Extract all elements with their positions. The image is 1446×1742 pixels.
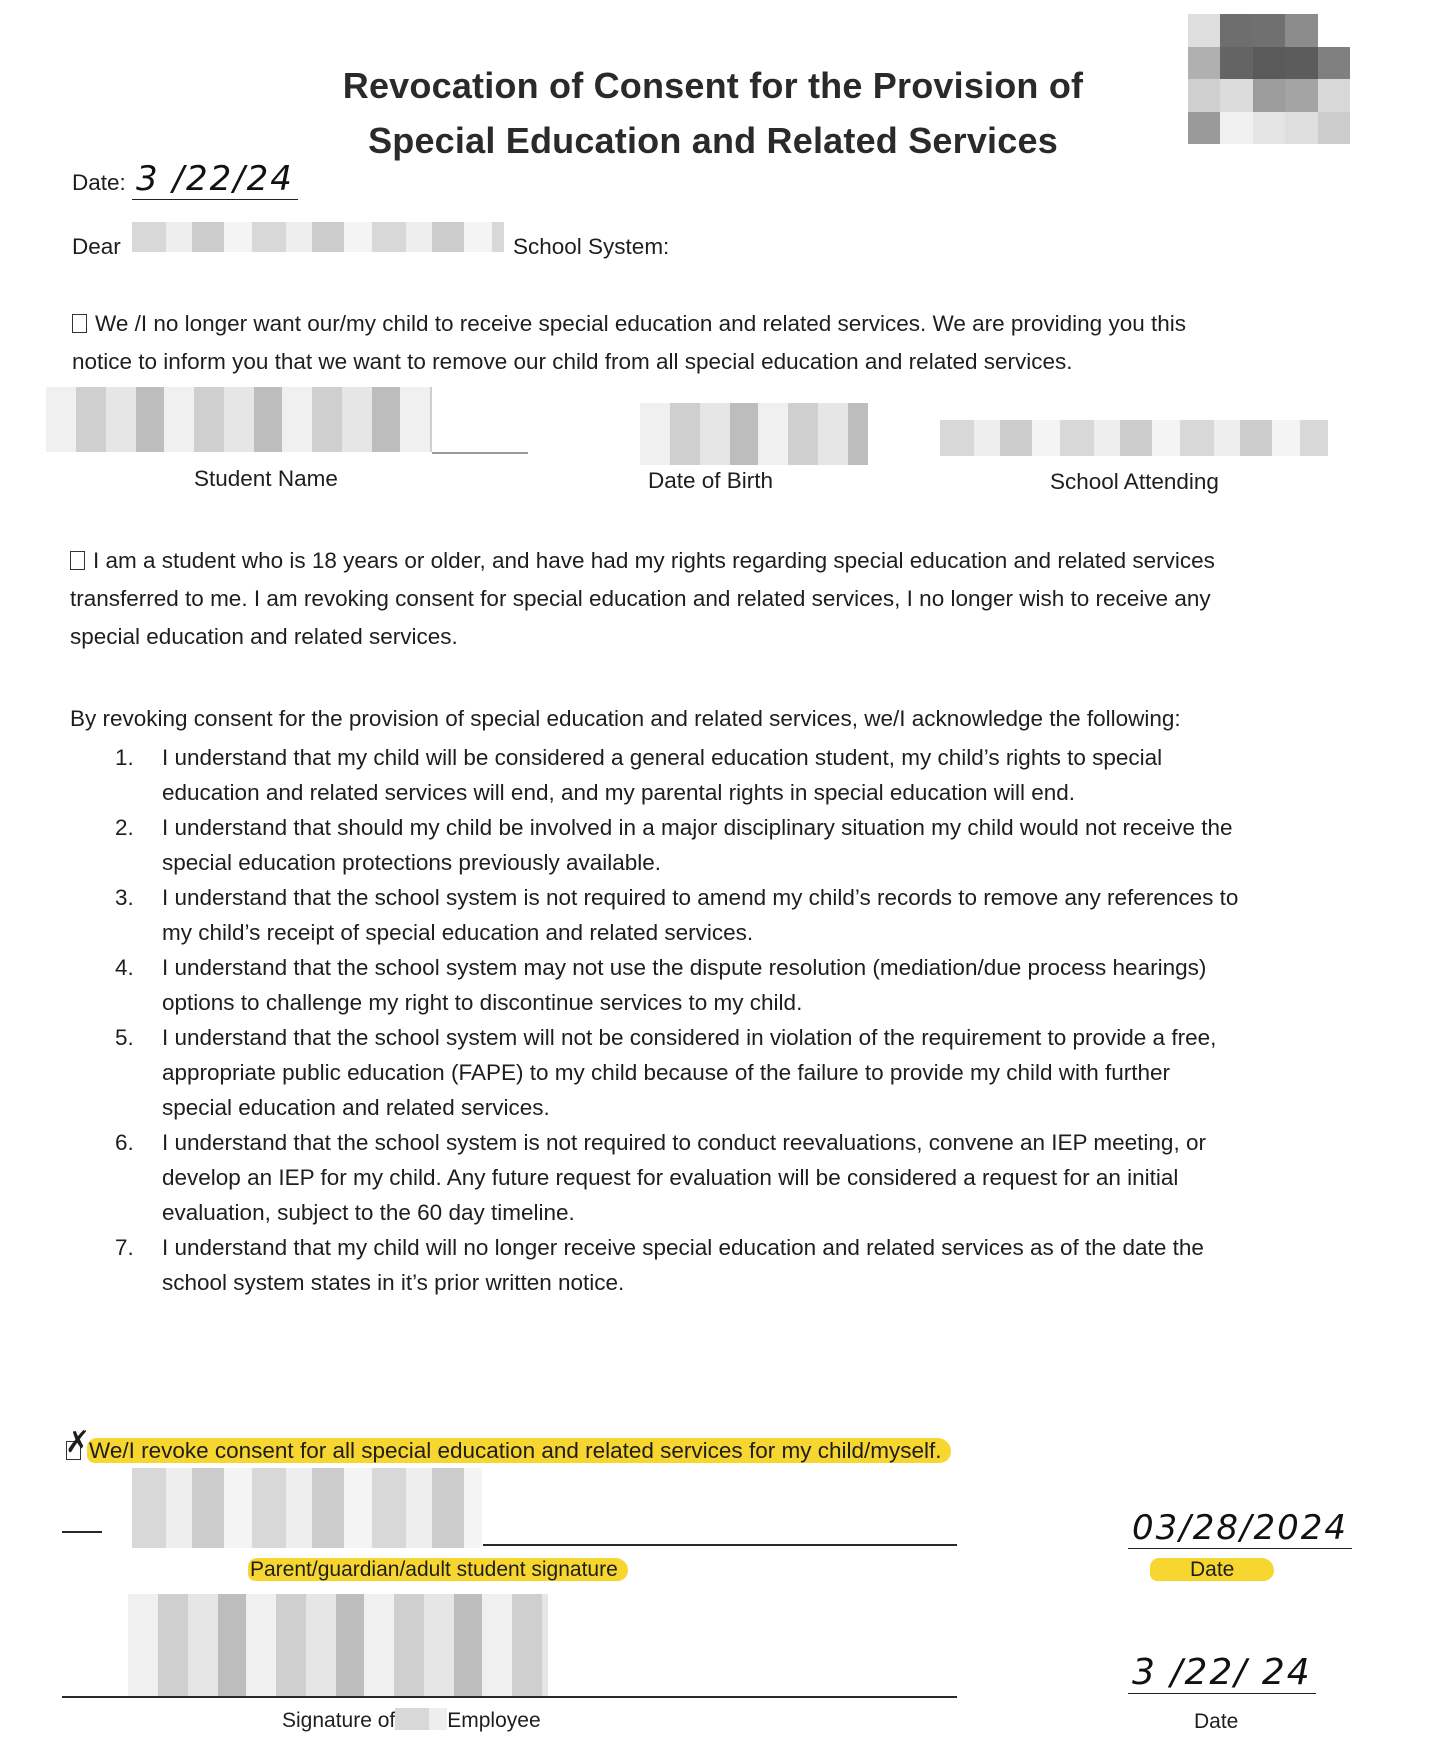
acknowledgement-item: 6.I understand that the school system is… [75, 1125, 1415, 1230]
dear-suffix: School System: [513, 228, 669, 266]
item-line: school system states in it’s prior writt… [162, 1265, 1415, 1300]
employee-date-value[interactable]: 3 /22/ 24 [1128, 1652, 1316, 1694]
employee-signature-line [62, 1696, 957, 1698]
option1-line1: We /I no longer want our/my child to rec… [95, 311, 1186, 336]
revoke-statement: ✗We/I revoke consent for all special edu… [66, 1432, 951, 1470]
school-attending-label: School Attending [1050, 469, 1219, 495]
acknowledgement-item: 4.I understand that the school system ma… [75, 950, 1415, 1020]
item-line: appropriate public education (FAPE) to m… [162, 1055, 1415, 1090]
option2-line3: special education and related services. [70, 618, 458, 656]
check-mark-icon: ✗ [65, 1428, 90, 1458]
student-name-label: Student Name [194, 466, 338, 492]
revoke-text: We/I revoke consent for all special educ… [87, 1438, 951, 1463]
option1-line2: notice to inform you that we want to rem… [72, 343, 1073, 381]
acknowledgement-list: 1.I understand that my child will be con… [75, 740, 1415, 1300]
acknowledgement-item: 3.I understand that the school system is… [75, 880, 1415, 950]
redacted-student-name [46, 387, 432, 452]
redacted-employee-signature [128, 1594, 548, 1696]
item-line: special education and related services. [162, 1090, 1415, 1125]
option-student-revoke: I am a student who is 18 years or older,… [70, 542, 1215, 580]
option-parent-revoke: We /I no longer want our/my child to rec… [72, 305, 1186, 343]
signature-line-left [62, 1531, 102, 1533]
date-row: Date: 3 /22/24 [72, 160, 298, 202]
dob-label: Date of Birth [648, 468, 773, 494]
acknowledge-intro: By revoking consent for the provision of… [70, 700, 1181, 738]
date-value[interactable]: 3 /22/24 [132, 159, 298, 200]
item-number: 1. [115, 740, 134, 775]
item-number: 7. [115, 1230, 134, 1265]
item-line: options to challenge my right to discont… [162, 985, 1415, 1020]
item-line: education and related services will end,… [162, 775, 1415, 810]
option2-line1: I am a student who is 18 years or older,… [93, 548, 1215, 573]
item-line: develop an IEP for my child. Any future … [162, 1160, 1415, 1195]
redacted-school-attending [940, 420, 1328, 456]
item-line: I understand that the school system will… [162, 1020, 1415, 1055]
item-number: 6. [115, 1125, 134, 1160]
student-option-checkbox[interactable] [70, 551, 85, 570]
item-line: I understand that the school system is n… [162, 1125, 1415, 1160]
employee-date-label: Date [1194, 1710, 1238, 1734]
student-name-line [432, 452, 528, 454]
parent-signature-line [483, 1544, 957, 1546]
redacted-employer-abbrev [395, 1708, 447, 1730]
parent-signature-label: Parent/guardian/adult student signature [248, 1558, 628, 1582]
parent-option-checkbox[interactable] [72, 314, 87, 333]
item-line: special education protections previously… [162, 845, 1415, 880]
item-line: I understand that should my child be inv… [162, 810, 1415, 845]
item-number: 5. [115, 1020, 134, 1055]
item-number: 4. [115, 950, 134, 985]
redacted-logo-image [1188, 14, 1350, 144]
item-line: I understand that my child will no longe… [162, 1230, 1415, 1265]
redacted-date-of-birth [640, 403, 868, 465]
item-line: evaluation, subject to the 60 day timeli… [162, 1195, 1415, 1230]
redacted-parent-signature [132, 1468, 482, 1548]
parent-date-value[interactable]: 03/28/2024 [1128, 1508, 1352, 1549]
employee-signature-label: Signature ofEmployee [282, 1708, 541, 1733]
item-line: I understand that my child will be consi… [162, 740, 1415, 775]
parent-date-label: Date [1150, 1558, 1274, 1582]
acknowledgement-item: 2.I understand that should my child be i… [75, 810, 1415, 880]
item-line: my child’s receipt of special education … [162, 915, 1415, 950]
acknowledgement-item: 7.I understand that my child will no lon… [75, 1230, 1415, 1300]
option2-line2: transferred to me. I am revoking consent… [70, 580, 1211, 618]
item-line: I understand that the school system may … [162, 950, 1415, 985]
dear-label: Dear [72, 228, 121, 266]
date-label: Date: [72, 170, 126, 195]
acknowledgement-item: 5.I understand that the school system wi… [75, 1020, 1415, 1125]
acknowledgement-item: 1.I understand that my child will be con… [75, 740, 1415, 810]
redacted-school-system-name [132, 222, 504, 252]
item-line: I understand that the school system is n… [162, 880, 1415, 915]
item-number: 3. [115, 880, 134, 915]
revoke-checkbox[interactable]: ✗ [66, 1441, 81, 1460]
item-number: 2. [115, 810, 134, 845]
